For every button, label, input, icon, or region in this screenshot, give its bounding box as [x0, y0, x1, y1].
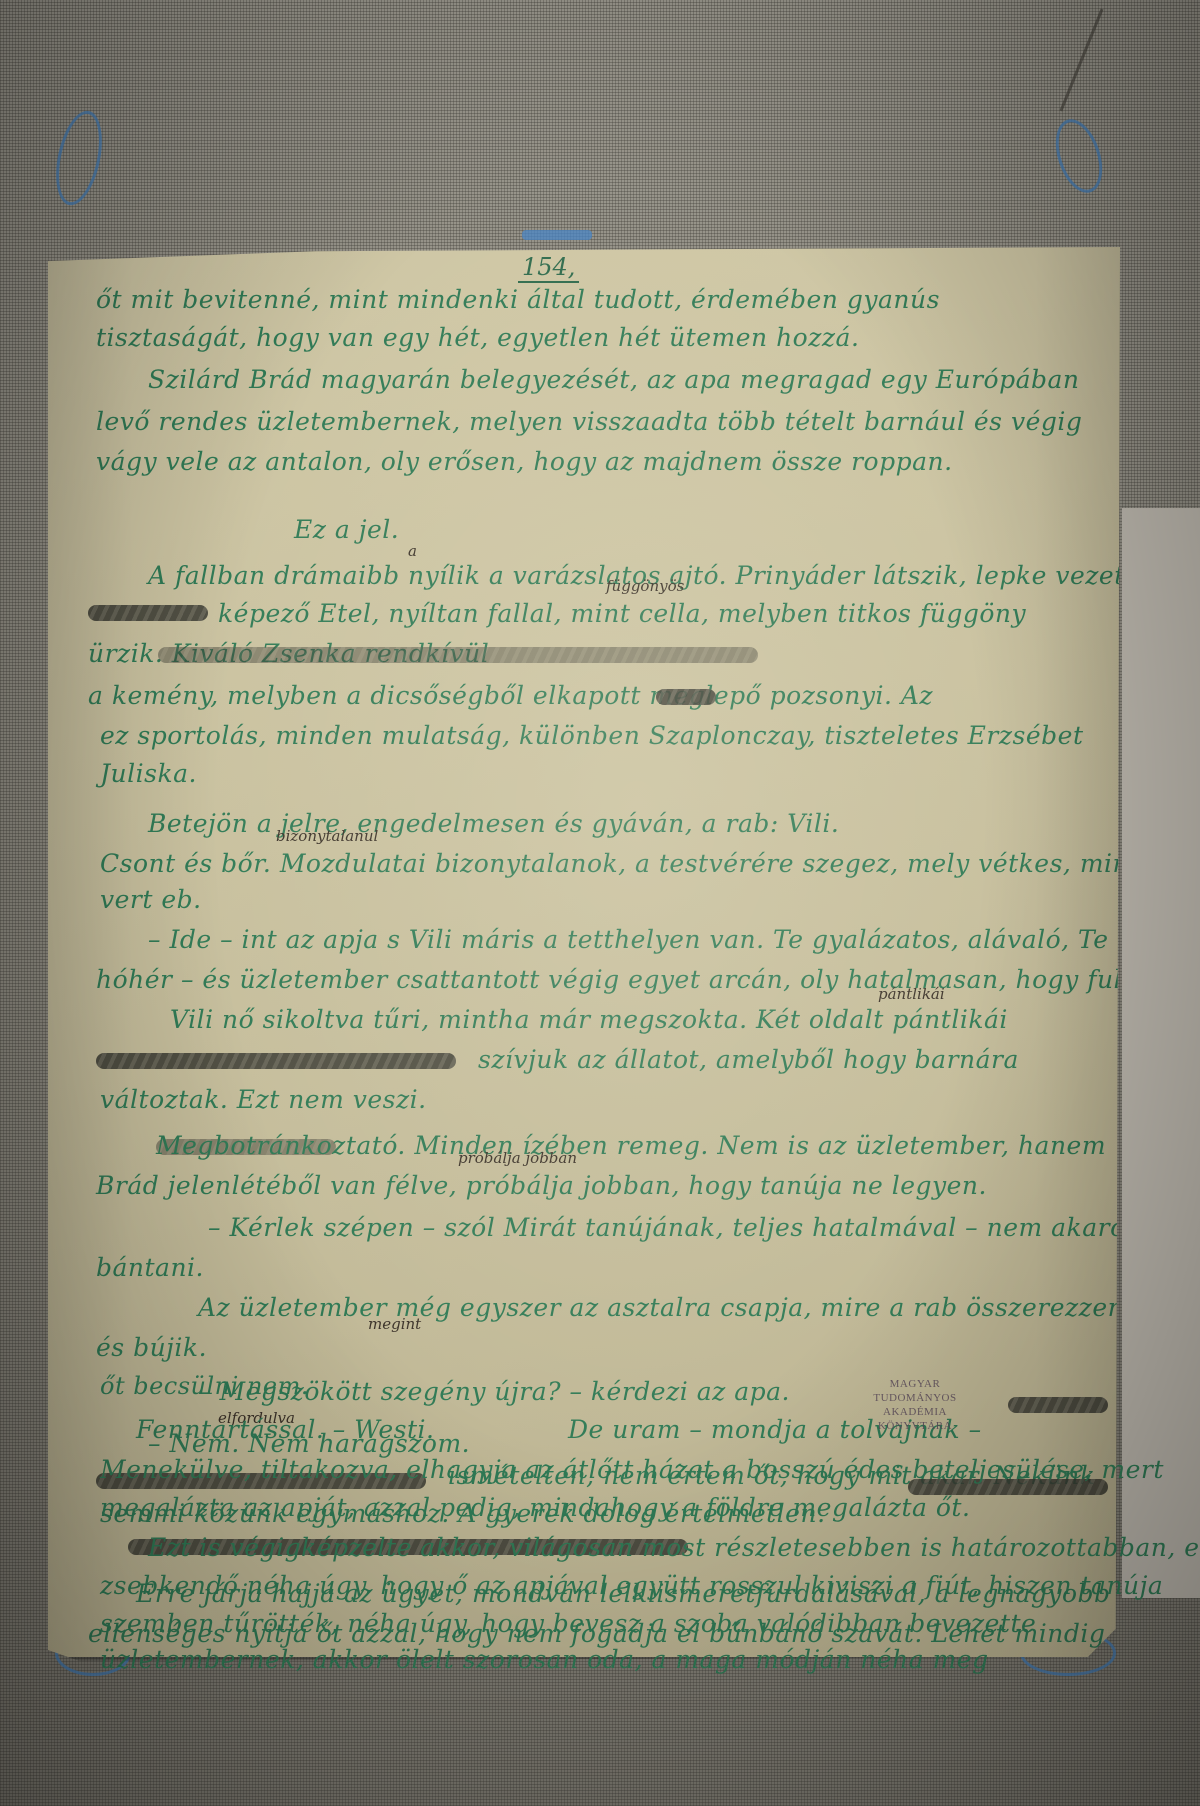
backing-card	[1122, 508, 1200, 1598]
stamp-line: TUDOMÁNYOS AKADÉMIA	[850, 1391, 980, 1419]
manuscript-line: őt becsülni nem.	[100, 1372, 309, 1400]
manuscript-bottom-block: őt becsülni nem. Fenntartással. – Westi.…	[48, 247, 1120, 1657]
blue-pencil-mark	[1047, 113, 1110, 198]
stamp-line: MAGYAR	[850, 1377, 980, 1391]
blue-pencil-mark	[48, 107, 109, 210]
manuscript-line: megalázta az apját, azzal pedig, mindaho…	[100, 1493, 970, 1522]
manuscript-line: zsebkendő néha úgy, hogy ő az apjával eg…	[100, 1571, 1163, 1600]
manuscript-line: Menekülve, tiltakozva, elhagyja az átlőt…	[100, 1455, 1164, 1484]
manuscript-line: Fenntartással. – Westi.	[136, 1415, 435, 1444]
blue-pencil-dash	[522, 230, 592, 240]
manuscript-line: Ezt is végigképzelte akkor, világosan mo…	[148, 1533, 1200, 1562]
pencil-stroke	[1060, 8, 1104, 111]
library-stamp: MAGYAR TUDOMÁNYOS AKADÉMIA KÖNYVTÁRA	[850, 1377, 980, 1433]
manuscript-line: szemben tűrötték, néha úgy, hogy bevesz …	[100, 1609, 1036, 1638]
stamp-line: KÖNYVTÁRA	[850, 1419, 980, 1433]
manuscript-line: üzletembernek, akkor ölelt szorosan oda,…	[100, 1645, 989, 1674]
